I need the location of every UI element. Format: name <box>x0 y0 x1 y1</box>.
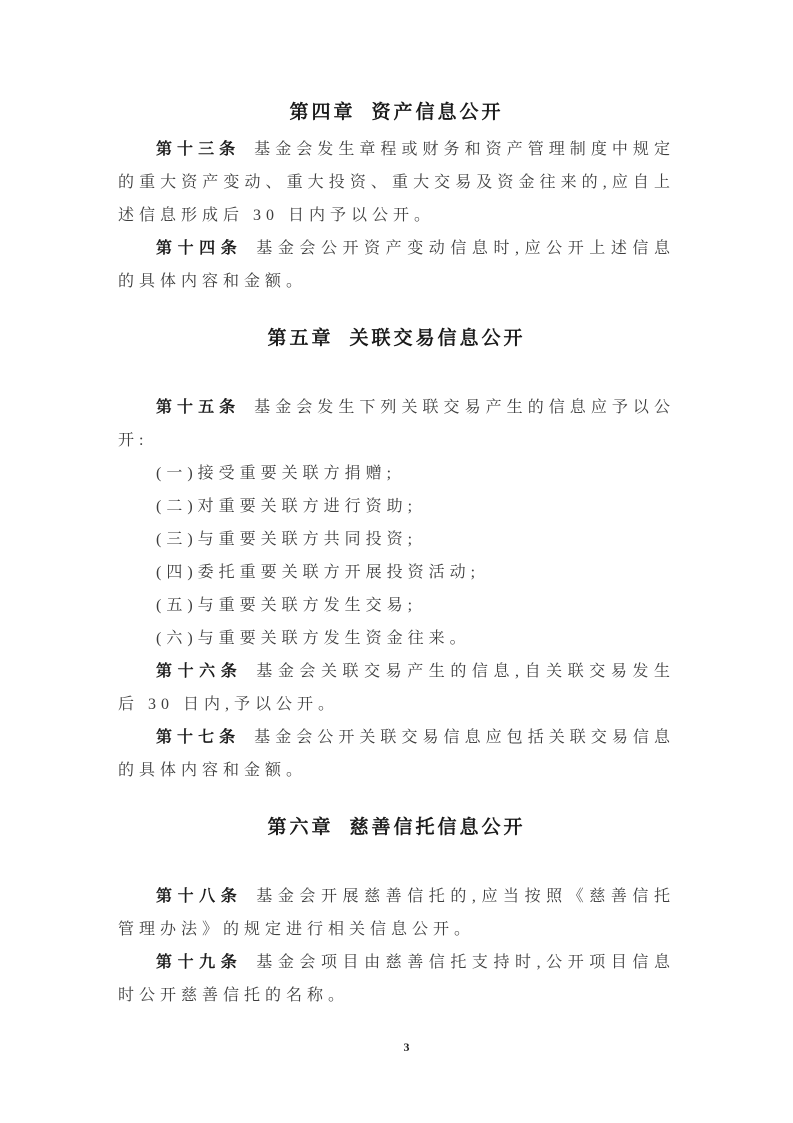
list-item-1: (一)接受重要关联方捐赠; <box>118 457 675 490</box>
chapter-title: 关联交易信息公开 <box>350 328 526 349</box>
article-label: 第十六条 <box>156 663 242 680</box>
chapter-number: 第五章 <box>267 328 333 349</box>
item-text: (六)与重要关联方发生资金往来。 <box>156 630 471 647</box>
article-16: 第十六条基金会关联交易产生的信息,自关联交易发生后 30 日内,予以公开。 <box>118 655 675 721</box>
chapter-heading-4: 第四章资产信息公开 <box>118 96 675 129</box>
list-item-3: (三)与重要关联方共同投资; <box>118 523 675 556</box>
article-label: 第十五条 <box>156 399 240 416</box>
article-19: 第十九条基金会项目由慈善信托支持时,公开项目信息时公开慈善信托的名称。 <box>118 946 675 1012</box>
item-text: (三)与重要关联方共同投资; <box>156 531 417 548</box>
item-text: (二)对重要关联方进行资助; <box>156 498 417 515</box>
chapter-number: 第六章 <box>267 817 333 838</box>
chapter-number: 第四章 <box>289 102 355 123</box>
list-item-4: (四)委托重要关联方开展投资活动; <box>118 556 675 589</box>
item-text: (四)委托重要关联方开展投资活动; <box>156 564 480 581</box>
article-14: 第十四条基金会公开资产变动信息时,应公开上述信息的具体内容和金额。 <box>118 232 675 298</box>
article-label: 第十八条 <box>156 888 242 905</box>
article-label: 第十四条 <box>156 240 242 257</box>
article-label: 第十九条 <box>156 954 242 971</box>
article-17: 第十七条基金会公开关联交易信息应包括关联交易信息的具体内容和金额。 <box>118 721 675 787</box>
page-number: 3 <box>118 1040 675 1055</box>
list-item-5: (五)与重要关联方发生交易; <box>118 589 675 622</box>
chapter-heading-6: 第六章慈善信托信息公开 <box>118 811 675 844</box>
article-label: 第十七条 <box>156 729 240 746</box>
list-item-6: (六)与重要关联方发生资金往来。 <box>118 622 675 655</box>
chapter-heading-5: 第五章关联交易信息公开 <box>118 322 675 355</box>
article-15: 第十五条基金会发生下列关联交易产生的信息应予以公开: <box>118 391 675 457</box>
article-label: 第十三条 <box>156 141 240 158</box>
list-item-2: (二)对重要关联方进行资助; <box>118 490 675 523</box>
item-text: (五)与重要关联方发生交易; <box>156 597 417 614</box>
article-13: 第十三条基金会发生章程或财务和资产管理制度中规定的重大资产变动、重大投资、重大交… <box>118 133 675 232</box>
chapter-title: 慈善信托信息公开 <box>350 817 526 838</box>
document-page: 第四章资产信息公开 第十三条基金会发生章程或财务和资产管理制度中规定的重大资产变… <box>0 0 793 1123</box>
chapter-title: 资产信息公开 <box>372 102 504 123</box>
article-18: 第十八条基金会开展慈善信托的,应当按照《慈善信托管理办法》的规定进行相关信息公开… <box>118 880 675 946</box>
item-text: (一)接受重要关联方捐赠; <box>156 465 396 482</box>
